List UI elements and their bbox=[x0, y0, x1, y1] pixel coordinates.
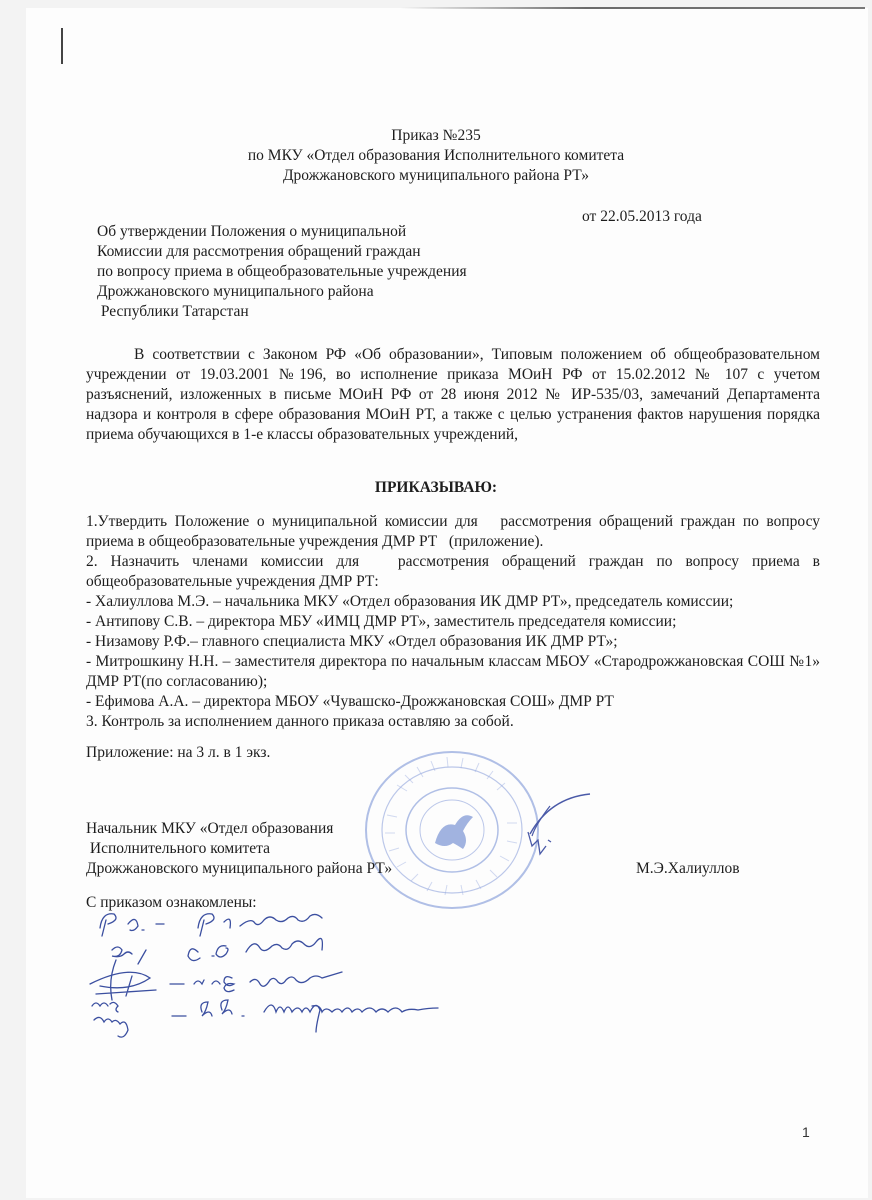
appendix-note: Приложение: на 3 л. в 1 экз. bbox=[86, 743, 270, 763]
subject-line: по вопросу приема в общеобразовательные … bbox=[97, 262, 467, 282]
signatory-block: Начальник МКУ «Отдел образования Исполни… bbox=[86, 819, 392, 879]
subject-line: Дрожжановского муниципального района bbox=[97, 282, 467, 302]
signatory-line: Исполнительного комитета bbox=[86, 839, 392, 859]
signatory-line: Дрожжановского муниципального района РТ» bbox=[86, 859, 392, 879]
signatory-line: Начальник МКУ «Отдел образования bbox=[86, 819, 392, 839]
preamble-text: В соответствии с Законом РФ «Об образова… bbox=[86, 345, 820, 445]
scan-mark bbox=[61, 28, 63, 64]
order-items: 1.Утвердить Положение о муниципальной ко… bbox=[86, 512, 820, 732]
header-line-3: Дрожжановского муниципального района РТ» bbox=[0, 166, 872, 186]
member-item: - Халиуллова М.Э. – начальника МКУ «Отде… bbox=[86, 592, 820, 612]
order-title: Приказ №235 bbox=[0, 126, 872, 146]
member-item: - Низамову Р.Ф.– главного специалиста МК… bbox=[86, 632, 820, 652]
order-item: 2. Назначить членами комиссии для рассмо… bbox=[86, 552, 820, 592]
director-signature-icon bbox=[520, 790, 600, 870]
signatory-name: М.Э.Халиуллов bbox=[636, 859, 740, 879]
document-header: Приказ №235 по МКУ «Отдел образования Ис… bbox=[0, 126, 872, 186]
page-number: 1 bbox=[802, 1124, 810, 1140]
member-item: - Антипову С.В. – директора МБУ «ИМЦ ДМР… bbox=[86, 612, 820, 632]
order-item: 3. Контроль за исполнением данного прика… bbox=[86, 712, 820, 732]
member-item: - Митрошкину Н.Н. – заместителя директор… bbox=[86, 652, 820, 692]
subject-line: Республики Татарстан bbox=[97, 302, 467, 322]
handwritten-signatures-icon bbox=[86, 900, 606, 1060]
order-heading: ПРИКАЗЫВАЮ: bbox=[0, 478, 872, 498]
order-item: 1.Утвердить Положение о муниципальной ко… bbox=[86, 512, 820, 552]
member-item: - Ефимова А.А. – директора МБОУ «Чувашск… bbox=[86, 692, 820, 712]
header-line-2: по МКУ «Отдел образования Исполнительног… bbox=[0, 146, 872, 166]
subject-block: Об утверждении Положения о муниципальной… bbox=[97, 222, 467, 322]
preamble: В соответствии с Законом РФ «Об образова… bbox=[86, 345, 820, 445]
scan-edge-line bbox=[400, 7, 865, 9]
order-date: от 22.05.2013 года bbox=[582, 207, 702, 227]
subject-line: Комиссии для рассмотрения обращений граж… bbox=[97, 242, 467, 262]
subject-line: Об утверждении Положения о муниципальной bbox=[97, 222, 467, 242]
